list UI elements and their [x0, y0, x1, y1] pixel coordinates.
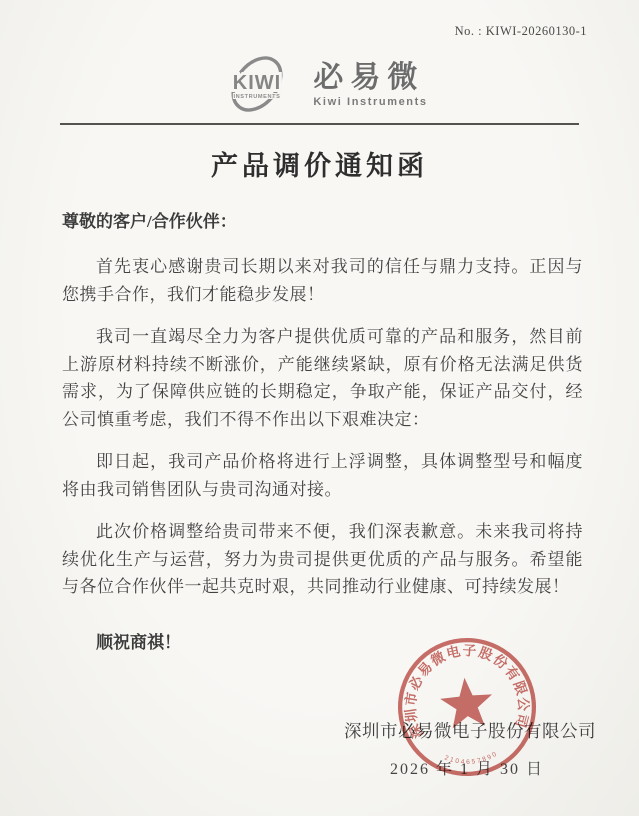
paragraph-reason: 我司一直竭尽全力为客户提供优质可靠的产品和服务，然目前上游原材料持续不断涨价，产… [62, 323, 583, 433]
brand-name-cn: 必易微 [313, 62, 427, 94]
letter-page: No. : KIWI-20260130-1 KIWI INSTRUMENTS 必… [0, 0, 639, 816]
paragraph-decision: 即日起，我司产品价格将进行上浮调整，具体调整型号和幅度将由我司销售团队与贵司沟通… [62, 448, 583, 503]
letter-title: 产品调价通知函 [0, 147, 639, 185]
paragraph-thanks: 首先衷心感谢贵司长期以来对我司的信任与鼎力支持。正因与您携手合作，我们才能稳步发… [62, 253, 583, 308]
header-divider [60, 123, 579, 125]
seal-star-icon [438, 675, 494, 729]
company-logo: KIWI INSTRUMENTS 必易微 Kiwi Instruments [0, 0, 639, 116]
logo-mark-subtext: INSTRUMENTS [234, 94, 281, 100]
seal-serial-number: 2104657890 [443, 750, 500, 768]
letter-body: 尊敬的客户/合作伙伴： 首先衷心感谢贵司长期以来对我司的信任与鼎力支持。正因与您… [0, 207, 639, 653]
company-seal-stamp: 深圳市必易微电子股份有限公司 2104657890 [385, 625, 550, 790]
salutation: 尊敬的客户/合作伙伴： [62, 207, 583, 232]
logo-mark-text: KIWI [233, 72, 281, 94]
brand-text: 必易微 Kiwi Instruments [313, 62, 427, 109]
svg-text:2104657890: 2104657890 [443, 750, 500, 768]
kiwi-logo-icon: KIWI INSTRUMENTS [211, 54, 303, 116]
document-number: No. : KIWI-20260130-1 [455, 24, 587, 39]
brand-name-en: Kiwi Instruments [313, 96, 427, 108]
paragraph-apology: 此次价格调整给贵司带来不便，我们深表歉意。未来我司将持续优化生产与运营，努力为贵… [62, 518, 583, 601]
